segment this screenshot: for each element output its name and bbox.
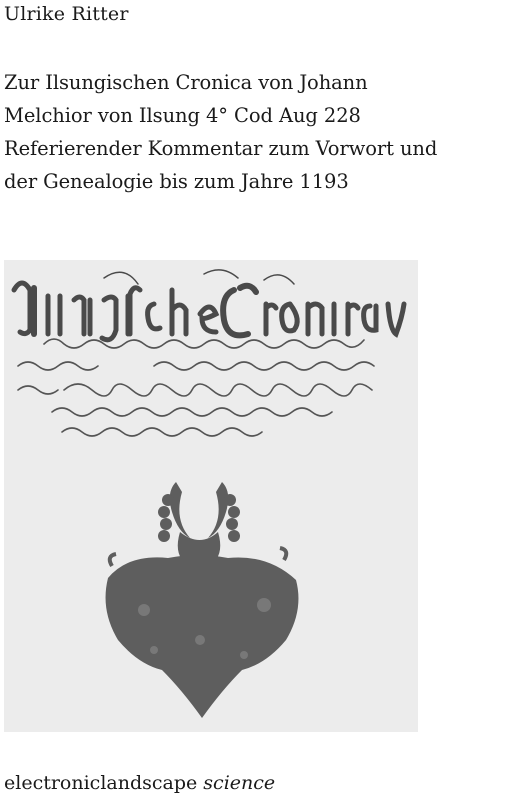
title-line-2: Melchior von Ilsung 4° Cod Aug 228 [4, 99, 437, 132]
title-line-1: Zur Ilsungischen Cronica von Johann [4, 66, 437, 99]
publisher-series: science [203, 772, 275, 794]
publisher-name: electroniclandscape [4, 772, 197, 794]
manuscript-image [4, 260, 418, 732]
title-line-4: der Genealogie bis zum Jahre 1193 [4, 165, 437, 198]
manuscript-illustration [4, 260, 418, 732]
title-line-3: Referierender Kommentar zum Vorwort und [4, 132, 437, 165]
publisher-imprint: electroniclandscape science [4, 770, 275, 796]
book-title: Zur Ilsungischen Cronica von Johann Melc… [4, 66, 437, 198]
author-name: Ulrike Ritter [4, 0, 129, 28]
